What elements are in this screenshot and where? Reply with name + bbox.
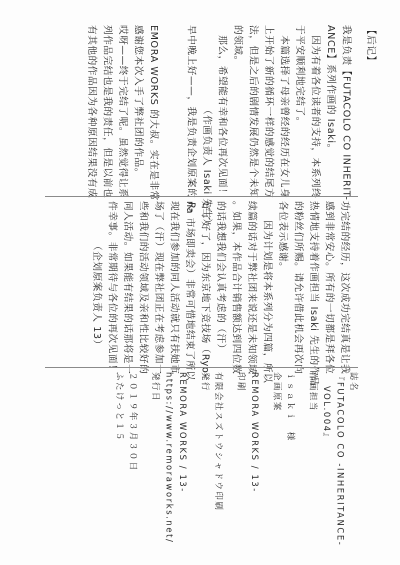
colophon-print-label: 印刷	[234, 372, 248, 562]
colophon-plan-value: REMORA WORKS / 13-	[248, 372, 262, 562]
text-line: 些和我们的活动领域及亲和性比较好的	[135, 201, 151, 365]
text-line: 续篇的话对于弊社团来说还是未知领域	[244, 201, 260, 365]
text-line: 列作品完结也是我的责任，但是以前也	[99, 25, 115, 195]
text-line: 。如果，本作品合计销售额达到四位数	[228, 201, 244, 365]
text-line: 的话我想我们会认真考虑的（汗）	[213, 201, 229, 365]
text-line: 好了好了，因为东京地下竞技场（Ryo-	[197, 201, 213, 365]
text-line: 因为计划是将本系列分为四篇，所以	[259, 201, 275, 365]
text-line: na 市场即卖会）非常可惜地结束了所以	[182, 201, 198, 365]
text-line: 同人活动。如果能有结果的话那将是一	[120, 201, 136, 365]
colophon-art-label: 作画担当	[306, 372, 320, 562]
colophon-publisher-value: REMORA WORKS / 13-	[176, 372, 190, 562]
colophon-title-label: 誌名	[347, 372, 361, 562]
text-line: ANCE】系列作画的 Isaki。	[323, 25, 339, 195]
colophon-date-label: 発行日	[149, 372, 163, 562]
text-line: 现在我们参加的同人活动就只有扶她市	[166, 201, 182, 365]
colophon-art-value: ｉｓａｋｉ 様	[284, 372, 298, 562]
colophon-title-value-2: VOL.004』	[320, 372, 334, 562]
afterword-top-section: 【后记】 我是负责【FUTACOLO CO INHERIT- ANCE】系列作画…	[84, 25, 379, 195]
text-line: 法，但是之后的剧情发展仍然是个未知	[245, 25, 261, 195]
colophon-section: 誌名 『FUTACOLO CO -INHERITANCE- VOL.004』 作…	[113, 372, 361, 562]
divider-bottom	[45, 367, 358, 368]
text-line: 那么，希望能有幸和各位再次见面！	[214, 25, 230, 195]
planner-signature: （企划原案负责人 13）	[89, 201, 105, 365]
text-line: 于平安顺利地完结了。	[292, 25, 308, 195]
colophon-event-value: ふたけっと１５	[113, 372, 127, 562]
afterword-middle-section: 功完结的经历，这次成功完结真是让我 感到非常安心。所有的一切都是拜各位 热情地支…	[65, 201, 353, 365]
text-line: 件幸事。非常期待与各位的再次见面！	[104, 201, 120, 365]
colophon-print-value: 有限会社スズトウシャドウ印刷	[212, 372, 226, 562]
colophon-publisher-label: 発行	[198, 372, 212, 562]
text-line: 的领域。	[230, 25, 246, 195]
text-line: 功完结的经历，这次成功完结真是让我	[337, 201, 353, 365]
afterword-page: 【后记】 我是负责【FUTACOLO CO INHERIT- ANCE】系列作画…	[0, 0, 400, 565]
text-line: EMORA WORKS 的大叔。实在是非常	[146, 25, 162, 195]
text-line: 感到非常安心。所有的一切都是拜各位	[321, 201, 337, 365]
divider-top	[45, 196, 358, 197]
text-line: 有其他的作品因为各种原因结果没有成	[84, 25, 100, 195]
text-line: 哎呀——终于完结了呢。虽然觉得让系	[115, 25, 131, 195]
text-line: 因为有着各位读者的支持，本系列终	[307, 25, 323, 195]
text-line: 感谢您本次入手了弊社团的作品。	[130, 25, 146, 195]
text-line: 的粉丝们所赐。请允许借此机会再次向	[290, 201, 306, 365]
text-line: 本篇选择了母亲曾经的经历在女儿身	[276, 25, 292, 195]
text-line: 场了（汗）现在弊社团正在考虑参加一	[151, 201, 167, 365]
text-line: 我是负责【FUTACOLO CO INHERIT-	[338, 25, 354, 195]
text-line: 各位表示感谢。	[275, 201, 291, 365]
colophon-title-value: 『FUTACOLO CO -INHERITANCE-	[333, 372, 347, 562]
colophon-plan-label: 企画原案	[270, 372, 284, 562]
text-line: 热情地支持着作画担当 Isaki 先生的作品	[306, 201, 322, 365]
afterword-heading: 【后记】	[363, 25, 379, 195]
colophon-date-value: ２０１９年３月３０日	[126, 372, 140, 562]
text-line: 早中晚上好——，我是负责企划原案的 R-	[183, 25, 199, 195]
colophon-publisher-url[interactable]: https://www.remoraworks.net/	[162, 372, 176, 562]
author-signature: （作画负责人 Isaki 先生）	[199, 25, 215, 195]
text-line: 上开始了新的循环一样的感觉的结尾方	[261, 25, 277, 195]
